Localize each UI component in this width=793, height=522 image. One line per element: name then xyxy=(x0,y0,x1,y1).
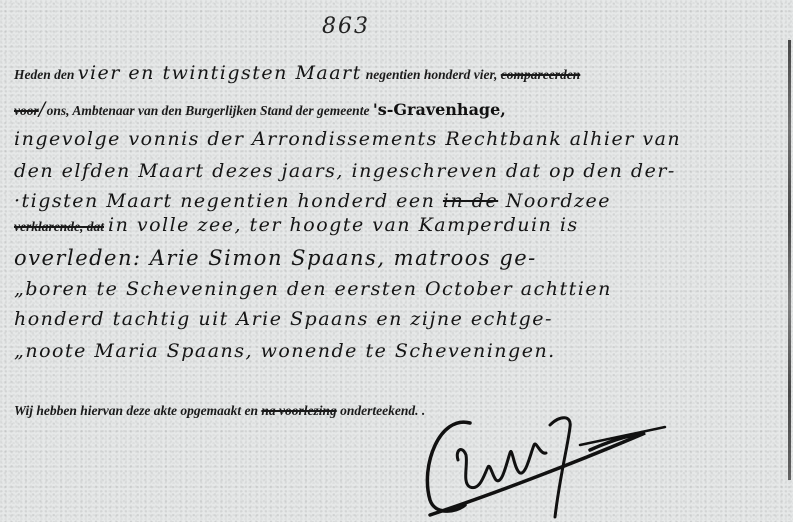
page-edge-border xyxy=(788,40,791,480)
closing-line: Wij hebben hiervan deze akte opgemaakt e… xyxy=(14,402,425,420)
signature-mark xyxy=(410,405,670,520)
record-line-1: Heden den vier en twintigsten Maart nege… xyxy=(14,62,580,84)
handwritten-text: „boren te Scheveningen den eersten Octob… xyxy=(14,278,612,300)
document-page: 863 Heden den vier en twintigsten Maart … xyxy=(0,0,793,522)
handwritten-text: „noote Maria Spaans, wonende te Scheveni… xyxy=(14,340,556,362)
handwritten-text: den elfden Maart dezes jaars, ingeschrev… xyxy=(14,160,676,182)
printed-text: Wij hebben hiervan deze akte opgemaakt e… xyxy=(14,403,261,418)
record-line-2: voor/ons, Ambtenaar van den Burgerlijken… xyxy=(14,98,506,120)
record-line-9: honderd tachtig uit Arie Spaans en zijne… xyxy=(14,308,553,330)
folio-number: 863 xyxy=(322,14,370,39)
record-line-5: ·tigsten Maart negentien honderd een in … xyxy=(14,190,611,212)
handwritten-mark: / xyxy=(39,98,47,120)
deceased-name-line: overleden: Arie Simon Spaans, matroos ge… xyxy=(14,246,537,270)
struck-handwritten-text: in de xyxy=(443,190,498,212)
municipality-name: 's-Gravenhage, xyxy=(373,100,506,119)
record-line-7: overleden: Arie Simon Spaans, matroos ge… xyxy=(14,246,537,270)
handwritten-text: in volle zee, ter hoogte van Kamperduin … xyxy=(108,214,579,236)
record-line-10: „noote Maria Spaans, wonende te Scheveni… xyxy=(14,340,556,362)
struck-printed-text: voor xyxy=(14,103,39,118)
record-line-4: den elfden Maart dezes jaars, ingeschrev… xyxy=(14,160,676,182)
printed-text: negentien honderd vier, xyxy=(366,67,501,82)
struck-printed-text: na voorlezing xyxy=(261,403,336,418)
record-line-8: „boren te Scheveningen den eersten Octob… xyxy=(14,278,612,300)
handwritten-date: vier en twintigsten Maart xyxy=(78,62,362,84)
struck-printed-text: verklarende, dat xyxy=(14,219,104,234)
record-line-3: ingevolge vonnis der Arrondissements Rec… xyxy=(14,128,681,150)
handwritten-text: honderd tachtig uit Arie Spaans en zijne… xyxy=(14,308,553,330)
struck-printed-text: compareerden xyxy=(501,67,580,82)
handwritten-location: Noordzee xyxy=(498,190,611,212)
record-line-6: verklarende, dat in volle zee, ter hoogt… xyxy=(14,214,579,236)
printed-text: ons, Ambtenaar van den Burgerlijken Stan… xyxy=(47,103,373,118)
handwritten-text: ·tigsten Maart negentien honderd een xyxy=(14,190,443,212)
printed-text: Heden den xyxy=(14,67,78,82)
handwritten-text: ingevolge vonnis der Arrondissements Rec… xyxy=(14,128,681,150)
